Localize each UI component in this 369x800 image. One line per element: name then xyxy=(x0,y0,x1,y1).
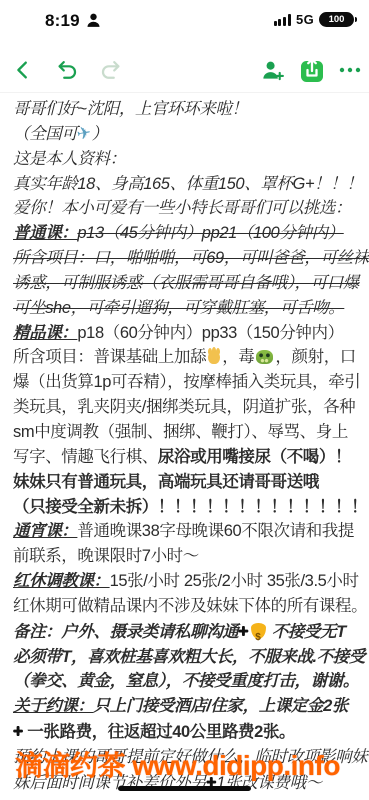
note-line: （拳交、黄金，窒息），不接受重度打击，谢谢。 xyxy=(13,669,369,694)
text-run: 诱惑，可制服诱惑（衣服需哥哥自备哦），可口爆 xyxy=(13,274,359,292)
text-run: 不接受无T xyxy=(268,623,346,641)
note-line: 必须带T，喜欢桩基喜欢粗大长，不服来战.不接受 xyxy=(13,645,369,670)
note-line: 备注：户外、摄录类请私聊沟通 不接受无T xyxy=(13,619,369,645)
text-run: 普通晚课38字母晚课60不限次请和我提 xyxy=(77,522,354,540)
back-button[interactable] xyxy=(8,55,38,85)
share-icon xyxy=(299,57,325,83)
text-run: 真实年龄18、身高165、体重150、罩杯G+！！！ xyxy=(13,175,362,193)
text-run: 写字、情趣飞行棋、 xyxy=(13,448,158,466)
more-button[interactable] xyxy=(335,55,365,85)
clock: 8:19 xyxy=(45,11,80,31)
undo-button[interactable] xyxy=(52,55,82,85)
text-run: 红休期可做精品课内不涉及妹妹下体的所有课程。 xyxy=(13,597,367,615)
note-line: sm中度调教（强制、捆绑、鞭打）、辱骂、身上 xyxy=(13,420,369,445)
note-line: 关于约课：只上门接受酒店/住家，上课定金2张 xyxy=(13,694,369,719)
foot-icon xyxy=(208,350,220,364)
note-line: （只接受全新未拆）！！！！！！！！！！！！！ xyxy=(13,495,369,520)
text-run: p18（60分钟内）pp33（150分钟内） xyxy=(77,324,343,342)
airplane-icon xyxy=(77,122,91,147)
note-line: 前联系，晚课限时7小时～ xyxy=(13,544,369,569)
text-run: sm中度调教（强制、捆绑、鞭打）、辱骂、身上 xyxy=(13,423,348,441)
text-run: 只上门接受酒店/住家，上课定金2张 xyxy=(94,697,348,715)
note-body[interactable]: 哥哥们好~沈阳，上官环环来啦！（全国可）这是本人资料：真实年龄18、身高165、… xyxy=(13,97,369,796)
note-line: 妹妹只有普通玩具，高端玩具还请哥哥送哦 xyxy=(13,470,369,495)
note-line: 写字、情趣飞行棋、尿浴或用嘴接尿（不喝）！ xyxy=(13,445,369,470)
text-run: 必须带T，喜欢桩基喜欢粗大长，不服来战.不接受 xyxy=(13,648,365,666)
text-run: 妹妹只有普通玩具，高端玩具还请哥哥送哦 xyxy=(13,473,319,491)
phone-screen: 8:19 5G 100 xyxy=(0,0,369,800)
note-line: 通宵课：普通晚课38字母晚课60不限次请和我提 xyxy=(13,519,369,544)
plus-icon xyxy=(238,619,248,645)
note-line: 所含项目：口，啪啪啪，可69，可叫爸爸，可丝袜 xyxy=(13,246,369,271)
text-run: 可坐she，可牵引遛狗，可穿戴肛塞，可舌吻。 xyxy=(13,299,344,317)
text-run: 所含项目：普课基础上加舔 xyxy=(13,348,206,366)
add-contact-button[interactable] xyxy=(257,55,287,85)
text-run: 前联系，晚课限时7小时～ xyxy=(13,547,199,565)
note-line: 这是本人资料： xyxy=(13,147,369,172)
note-line: 真实年龄18、身高165、体重150、罩杯G+！！！ xyxy=(13,172,369,197)
share-button[interactable] xyxy=(297,55,327,85)
note-line: 类玩具，乳夹阴夹/捆绑类玩具，阴道扩张，各种 xyxy=(13,395,369,420)
note-line: 精品课：p18（60分钟内）pp33（150分钟内） xyxy=(13,321,369,346)
note-line: 一张路费，往返超过40公里路费2张。 xyxy=(13,719,369,745)
note-line: 爱你！本小可爱有一些小特长哥哥们可以挑选： xyxy=(13,196,369,221)
battery-percent: 100 xyxy=(319,12,354,27)
text-run: 所含项目：口，啪啪啪，可69，可叫爸爸，可丝袜 xyxy=(13,249,369,267)
dragon-icon xyxy=(256,350,273,364)
note-line: 普通课：p13（45分钟内）pp21（100分钟内） xyxy=(13,221,369,246)
signal-icon xyxy=(274,14,292,26)
redo-button[interactable] xyxy=(96,55,126,85)
text-run: 关于约课： xyxy=(13,697,94,715)
text-run: 15张/小时 25张/2小时 35张/3.5小时 xyxy=(110,572,359,590)
note-line: 爆（出货算1p可吞精），按摩棒插入类玩具，牵引 xyxy=(13,370,369,395)
home-indicator[interactable] xyxy=(118,786,251,791)
text-run: 一张路费，往返超过40公里路费2张。 xyxy=(23,723,295,741)
status-bar: 8:19 5G 100 xyxy=(0,0,369,44)
plus-icon xyxy=(13,719,23,745)
text-run: ，颜射，口 xyxy=(275,348,356,366)
text-run: p13（45分钟内）pp21（100分钟内） xyxy=(77,224,343,242)
text-run: 类玩具，乳夹阴夹/捆绑类玩具，阴道扩张，各种 xyxy=(13,398,355,416)
add-contact-icon xyxy=(260,58,285,83)
text-run: （拳交、黄金，窒息），不接受重度打击，谢谢。 xyxy=(13,672,359,690)
text-run: 哥哥们好~沈阳，上官环环来啦！ xyxy=(13,100,248,118)
text-run: （全国可 xyxy=(13,125,77,143)
editor-toolbar xyxy=(0,48,369,93)
text-run: （只接受全新未拆）！！！！！！！！！！！！！ xyxy=(13,498,367,516)
text-run: ，毒 xyxy=(222,348,254,366)
more-icon xyxy=(337,57,363,83)
note-line: 所含项目：普课基础上加舔，毒，颜射，口 xyxy=(13,345,369,370)
text-run: ） xyxy=(92,125,108,143)
undo-icon xyxy=(55,58,79,82)
text-run: 精品课： xyxy=(13,324,77,342)
note-line: （全国可） xyxy=(13,122,369,147)
note-line: 红休调教课：15张/小时 25张/2小时 35张/3.5小时 xyxy=(13,569,369,594)
network-type: 5G xyxy=(296,12,314,27)
note-line: 可坐she，可牵引遛狗，可穿戴肛塞，可舌吻。 xyxy=(13,296,369,321)
text-run: 爱你！本小可爱有一些小特长哥哥们可以挑选： xyxy=(13,199,351,217)
back-icon xyxy=(12,59,34,81)
battery-nub xyxy=(355,17,357,22)
text-run: 爆（出货算1p可吞精），按摩棒插入类玩具，牵引 xyxy=(13,373,360,391)
watermark: 滴滴约茶 www.didipp.info xyxy=(15,744,340,784)
battery-icon: 100 xyxy=(319,12,357,27)
text-run: 红休调教课： xyxy=(13,572,110,590)
money-bag-icon xyxy=(251,623,266,639)
user-icon xyxy=(86,13,101,28)
note-line: 红休期可做精品课内不涉及妹妹下体的所有课程。 xyxy=(13,594,369,619)
text-run: 普通课： xyxy=(13,224,77,242)
note-line: 诱惑，可制服诱惑（衣服需哥哥自备哦），可口爆 xyxy=(13,271,369,296)
text-run: 备注：户外、摄录类请私聊沟通 xyxy=(13,623,238,641)
redo-icon xyxy=(99,58,123,82)
note-line: 哥哥们好~沈阳，上官环环来啦！ xyxy=(13,97,369,122)
text-run: 尿浴或用嘴接尿（不喝）！ xyxy=(158,448,351,466)
text-run: 通宵课： xyxy=(13,522,77,540)
text-run: 这是本人资料： xyxy=(13,150,126,168)
